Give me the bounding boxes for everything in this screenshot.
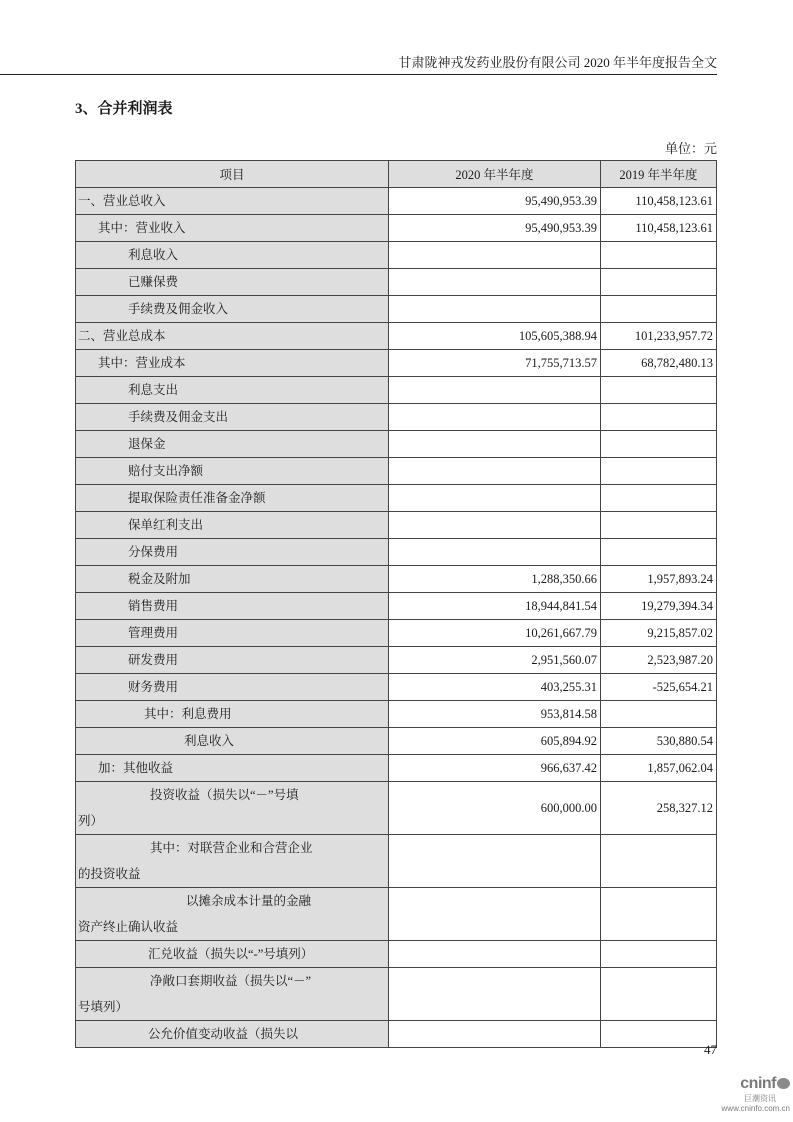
- table-row: 其中：利息费用953,814.58: [76, 701, 717, 728]
- header-rule: [0, 74, 717, 75]
- cninfo-swirl-icon: [777, 1078, 790, 1089]
- value-2020: 2,951,560.07: [389, 647, 601, 674]
- column-header-2019: 2019 年半年度: [601, 161, 717, 188]
- table-row: 利息支出: [76, 377, 717, 404]
- row-item-label: 其中：营业收入: [76, 215, 389, 242]
- value-2019: 101,233,957.72: [601, 323, 717, 350]
- table-row: 手续费及佣金收入: [76, 296, 717, 323]
- logo-cn-text: 巨潮资讯: [715, 1093, 776, 1104]
- row-item-label: 管理费用: [76, 620, 389, 647]
- row-item-label-line2: 资产终止确认收益: [78, 914, 385, 940]
- value-2020: [389, 242, 601, 269]
- table-row: 二、营业总成本105,605,388.94101,233,957.72: [76, 323, 717, 350]
- row-item-label: 其中：营业成本: [76, 350, 389, 377]
- row-item-label: 以摊余成本计量的金融资产终止确认收益: [76, 888, 389, 941]
- value-2019: 530,880.54: [601, 728, 717, 755]
- value-2020: 600,000.00: [389, 782, 601, 835]
- value-2019: [601, 512, 717, 539]
- table-row: 研发费用2,951,560.072,523,987.20: [76, 647, 717, 674]
- value-2020: [389, 1021, 601, 1048]
- row-item-label: 提取保险责任准备金净额: [76, 485, 389, 512]
- table-row: 其中：营业收入95,490,953.39110,458,123.61: [76, 215, 717, 242]
- table-row: 利息收入605,894.92530,880.54: [76, 728, 717, 755]
- logo-brand: cninf: [740, 1075, 776, 1092]
- table-row: 税金及附加1,288,350.661,957,893.24: [76, 566, 717, 593]
- row-item-label: 其中：利息费用: [76, 701, 389, 728]
- row-item-label: 净敞口套期收益（损失以“－”号填列）: [76, 968, 389, 1021]
- value-2020: 953,814.58: [389, 701, 601, 728]
- column-header-2020: 2020 年半年度: [389, 161, 601, 188]
- row-item-label-line2: 列）: [78, 808, 385, 834]
- table-row: 管理费用10,261,667.799,215,857.02: [76, 620, 717, 647]
- row-item-label: 退保金: [76, 431, 389, 458]
- row-item-label: 汇兑收益（损失以“-”号填列）: [76, 941, 389, 968]
- row-item-label: 投资收益（损失以“－”号填列）: [76, 782, 389, 835]
- table-row: 投资收益（损失以“－”号填列）600,000.00258,327.12: [76, 782, 717, 835]
- value-2020: 966,637.42: [389, 755, 601, 782]
- table-row: 销售费用18,944,841.5419,279,394.34: [76, 593, 717, 620]
- table-row: 汇兑收益（损失以“-”号填列）: [76, 941, 717, 968]
- value-2020: 105,605,388.94: [389, 323, 601, 350]
- value-2020: 10,261,667.79: [389, 620, 601, 647]
- cninfo-logo: cninf 巨潮资讯 www.cninfo.com.cn: [715, 1075, 790, 1113]
- running-header-title: 甘肃陇神戎发药业股份有限公司 2020 年半年度报告全文: [380, 52, 717, 71]
- value-2019: 1,857,062.04: [601, 755, 717, 782]
- value-2020: [389, 941, 601, 968]
- row-item-label: 研发费用: [76, 647, 389, 674]
- value-2019: [601, 485, 717, 512]
- value-2020: [389, 512, 601, 539]
- value-2020: 18,944,841.54: [389, 593, 601, 620]
- value-2020: [389, 269, 601, 296]
- value-2020: [389, 296, 601, 323]
- value-2019: [601, 1021, 717, 1048]
- row-item-label: 手续费及佣金支出: [76, 404, 389, 431]
- section-title: 3、合并利润表: [75, 97, 173, 118]
- table-row: 一、营业总收入95,490,953.39110,458,123.61: [76, 188, 717, 215]
- value-2019: [601, 941, 717, 968]
- value-2019: 1,957,893.24: [601, 566, 717, 593]
- table-row: 加：其他收益966,637.421,857,062.04: [76, 755, 717, 782]
- table-row: 其中：营业成本71,755,713.5768,782,480.13: [76, 350, 717, 377]
- table-row: 退保金: [76, 431, 717, 458]
- value-2020: [389, 539, 601, 566]
- row-item-label: 销售费用: [76, 593, 389, 620]
- value-2019: [601, 404, 717, 431]
- value-2019: 110,458,123.61: [601, 215, 717, 242]
- table-row: 手续费及佣金支出: [76, 404, 717, 431]
- row-item-label: 利息支出: [76, 377, 389, 404]
- value-2020: [389, 377, 601, 404]
- income-statement-table: 项目 2020 年半年度 2019 年半年度 一、营业总收入95,490,953…: [75, 160, 717, 1048]
- unit-label: 单位：元: [665, 138, 717, 157]
- row-item-label: 手续费及佣金收入: [76, 296, 389, 323]
- logo-url: www.cninfo.com.cn: [715, 1104, 790, 1113]
- value-2019: [601, 701, 717, 728]
- value-2019: [601, 242, 717, 269]
- table-row: 提取保险责任准备金净额: [76, 485, 717, 512]
- row-item-label: 利息收入: [76, 728, 389, 755]
- page-number: 47: [704, 1042, 717, 1058]
- value-2019: 258,327.12: [601, 782, 717, 835]
- value-2019: [601, 888, 717, 941]
- value-2019: 9,215,857.02: [601, 620, 717, 647]
- table-row: 保单红利支出: [76, 512, 717, 539]
- row-item-label: 公允价值变动收益（损失以: [76, 1021, 389, 1048]
- value-2019: [601, 458, 717, 485]
- value-2019: [601, 539, 717, 566]
- value-2019: [601, 968, 717, 1021]
- row-item-label-line1: 其中：对联营企业和合营企业: [78, 835, 385, 861]
- row-item-label: 税金及附加: [76, 566, 389, 593]
- row-item-label: 已赚保费: [76, 269, 389, 296]
- value-2020: [389, 888, 601, 941]
- row-item-label-line1: 净敞口套期收益（损失以“－”: [78, 968, 385, 994]
- table-row: 其中：对联营企业和合营企业的投资收益: [76, 835, 717, 888]
- row-item-label-line1: 以摊余成本计量的金融: [78, 888, 385, 914]
- value-2019: 2,523,987.20: [601, 647, 717, 674]
- value-2020: 95,490,953.39: [389, 215, 601, 242]
- value-2019: [601, 296, 717, 323]
- row-item-label: 分保费用: [76, 539, 389, 566]
- row-item-label: 财务费用: [76, 674, 389, 701]
- table-header-row: 项目 2020 年半年度 2019 年半年度: [76, 161, 717, 188]
- table-row: 赔付支出净额: [76, 458, 717, 485]
- value-2020: [389, 431, 601, 458]
- value-2019: [601, 431, 717, 458]
- row-item-label-line2: 号填列）: [78, 994, 385, 1020]
- row-item-label: 保单红利支出: [76, 512, 389, 539]
- value-2019: [601, 269, 717, 296]
- row-item-label: 二、营业总成本: [76, 323, 389, 350]
- value-2020: 71,755,713.57: [389, 350, 601, 377]
- value-2020: 605,894.92: [389, 728, 601, 755]
- value-2019: [601, 377, 717, 404]
- row-item-label-line1: 投资收益（损失以“－”号填: [78, 782, 385, 808]
- value-2019: 19,279,394.34: [601, 593, 717, 620]
- value-2019: -525,654.21: [601, 674, 717, 701]
- value-2020: 403,255.31: [389, 674, 601, 701]
- table-row: 净敞口套期收益（损失以“－”号填列）: [76, 968, 717, 1021]
- table-row: 利息收入: [76, 242, 717, 269]
- value-2020: 1,288,350.66: [389, 566, 601, 593]
- value-2020: [389, 968, 601, 1021]
- row-item-label: 一、营业总收入: [76, 188, 389, 215]
- value-2019: 110,458,123.61: [601, 188, 717, 215]
- row-item-label-line2: 的投资收益: [78, 861, 385, 887]
- value-2019: 68,782,480.13: [601, 350, 717, 377]
- table-row: 已赚保费: [76, 269, 717, 296]
- column-header-item: 项目: [76, 161, 389, 188]
- value-2020: 95,490,953.39: [389, 188, 601, 215]
- table-row: 以摊余成本计量的金融资产终止确认收益: [76, 888, 717, 941]
- row-item-label: 利息收入: [76, 242, 389, 269]
- row-item-label: 其中：对联营企业和合营企业的投资收益: [76, 835, 389, 888]
- value-2020: [389, 835, 601, 888]
- value-2020: [389, 485, 601, 512]
- table-row: 公允价值变动收益（损失以: [76, 1021, 717, 1048]
- row-item-label: 赔付支出净额: [76, 458, 389, 485]
- value-2020: [389, 404, 601, 431]
- value-2020: [389, 458, 601, 485]
- row-item-label: 加：其他收益: [76, 755, 389, 782]
- table-row: 分保费用: [76, 539, 717, 566]
- value-2019: [601, 835, 717, 888]
- table-row: 财务费用403,255.31-525,654.21: [76, 674, 717, 701]
